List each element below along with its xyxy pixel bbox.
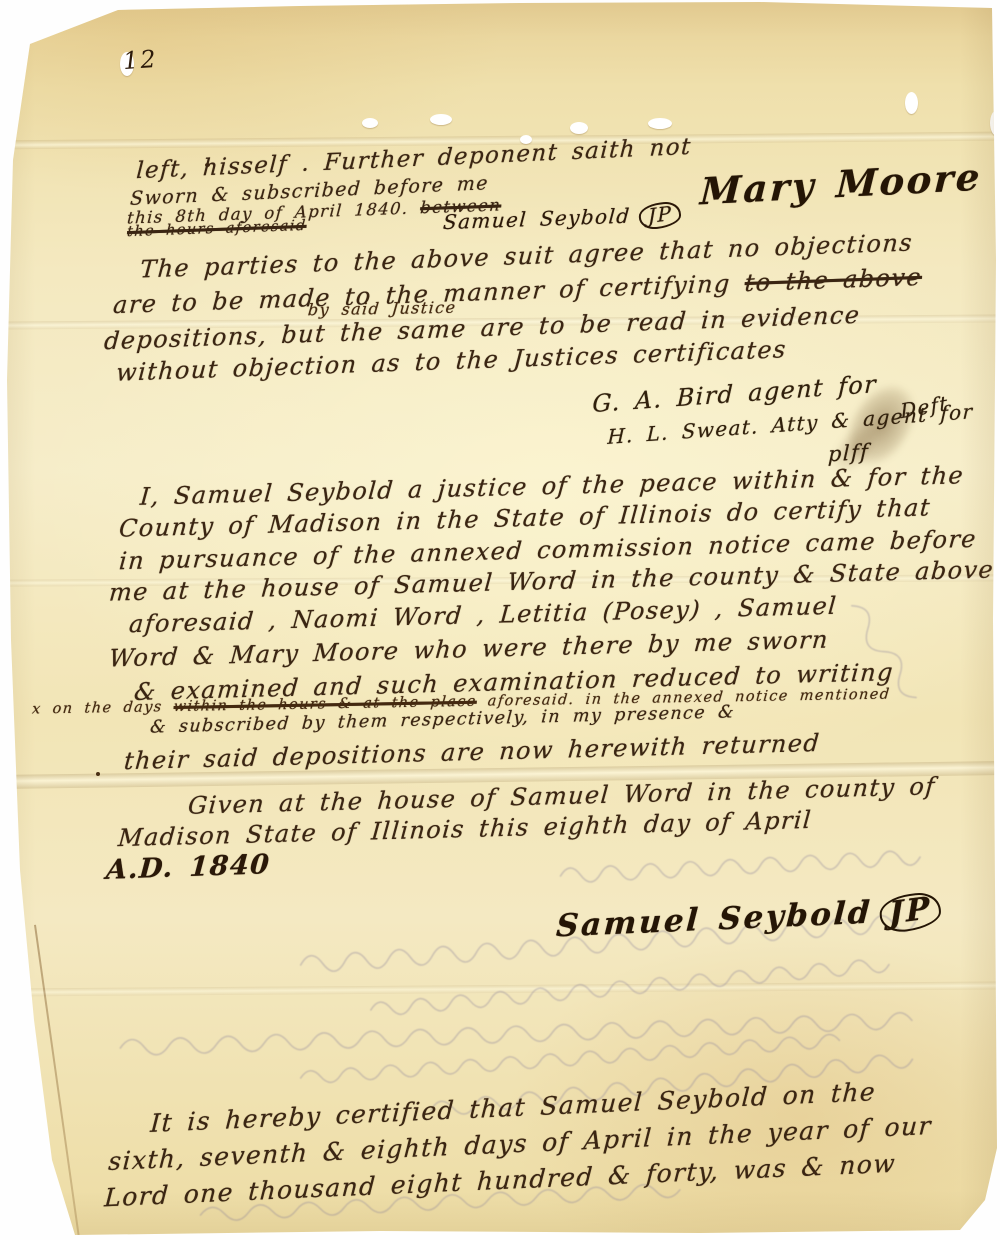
torn-spot [905, 92, 918, 114]
handwritten-text: Mary Moore [699, 155, 983, 214]
handwritten-text: x on the days [31, 699, 174, 717]
paper-crease [0, 982, 1000, 997]
torn-spot [570, 122, 588, 134]
struck-text: to the above [744, 263, 923, 297]
handwritten-text: their said depositions are now herewith … [123, 729, 821, 775]
ad-1840-line: A.D. 1840 [105, 849, 271, 886]
document-page: 12 left, hisself . Further deponent sait… [0, 0, 1000, 1240]
ink-speck [96, 772, 100, 776]
page-number: 12 [122, 45, 158, 75]
fold-line [34, 925, 80, 1237]
handwritten-text: plff [828, 440, 870, 467]
torn-spot [990, 110, 1000, 136]
justice-of-peace-seal: JP [879, 890, 941, 935]
mary-moore-signature: Mary Moore [699, 155, 983, 214]
torn-spot [362, 118, 378, 128]
scanned-document: { "page": { "number": "12" }, "document"… [0, 0, 1000, 1240]
seybold-signature: Samuel SeyboldJP [555, 892, 942, 947]
handwritten-text: A.D. 1840 [105, 849, 271, 886]
plff-note: plff [828, 440, 870, 467]
torn-spot [430, 114, 452, 125]
scanner-background: 12 left, hisself . Further deponent sait… [0, 0, 1000, 1240]
handwritten-text: Samuel Seybold [555, 895, 873, 945]
handwritten-text: Samuel Seybold [442, 204, 631, 235]
torn-spot [648, 118, 672, 129]
justice-of-peace-seal: JP [638, 200, 681, 231]
certificate-line-9: their said depositions are now herewith … [123, 729, 821, 775]
